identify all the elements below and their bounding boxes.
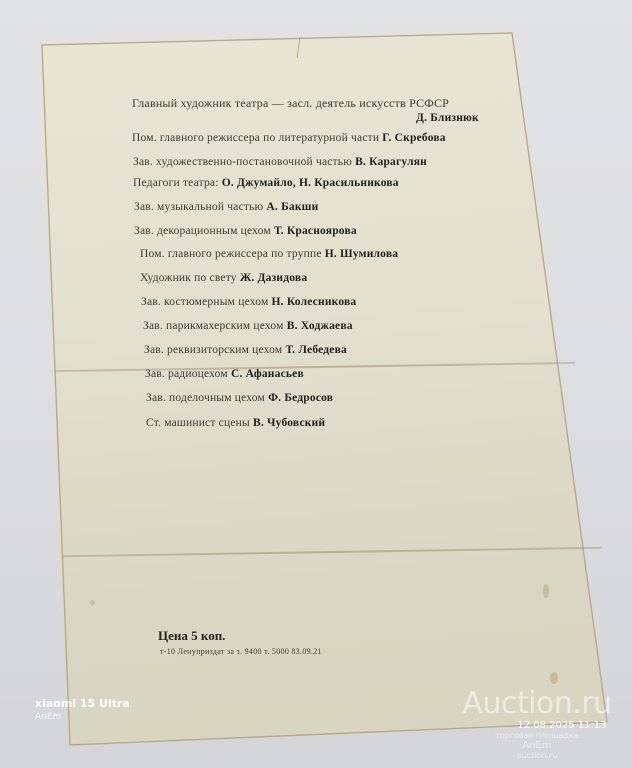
staff-line: Зав. художественно-постановочной частью …: [133, 156, 427, 168]
site-watermark: Auction.ru 12.08.2025 11:13 торговая пло…: [452, 688, 622, 761]
staff-line: Зав. музыкальной частью А. Бакши: [134, 201, 318, 213]
stain: [543, 584, 549, 598]
staff-line: Зав. парикмахерским цехом В. Ходжаева: [143, 320, 353, 332]
staff-line: Зав. реквизиторским цехом Т. Лебедева: [144, 344, 347, 356]
staff-line: Педагоги театра: О. Джумайло, Н. Красиль…: [133, 177, 399, 189]
header-role: Главный художник театра — засл. деятель …: [132, 96, 449, 111]
stain: [550, 672, 558, 684]
staff-line: Зав. костюмерным цехом Н. Колесникова: [141, 296, 356, 308]
staff-line: Зав. радиоцехом С. Афанасьев: [145, 368, 304, 380]
site-url: auction.ru: [452, 751, 622, 761]
header-name: Д. Близнюк: [416, 112, 479, 124]
printer-imprint: т-10 Ленуприздат за з. 9400 т. 5000 83.0…: [160, 647, 322, 656]
staff-line: Ст. машинист сцены В. Чубовский: [146, 417, 325, 429]
staff-line: Пом. главного режиссера по литературной …: [132, 132, 446, 144]
price-label: Цена 5 коп.: [158, 628, 225, 644]
staff-line: Зав. поделочным цехом Ф. Бедросов: [146, 392, 333, 404]
stain: [90, 600, 95, 605]
staff-line: Пом. главного режиссера по труппе Н. Шум…: [140, 248, 398, 260]
camera-brand: xiaomi 15 Ultra: [35, 697, 130, 710]
site-logo: Auction.ru: [452, 688, 622, 720]
watermark-datetime: 12.08.2025 11:13: [502, 720, 622, 731]
camera-user: AnEm: [35, 712, 130, 722]
staff-line: Зав. декорационным цехом Т. Красноярова: [134, 225, 357, 237]
staff-line: Художник по свету Ж. Дазидова: [140, 272, 307, 284]
site-user: AnEm: [452, 741, 622, 751]
camera-watermark: xiaomi 15 Ultra AnEm: [35, 697, 130, 722]
